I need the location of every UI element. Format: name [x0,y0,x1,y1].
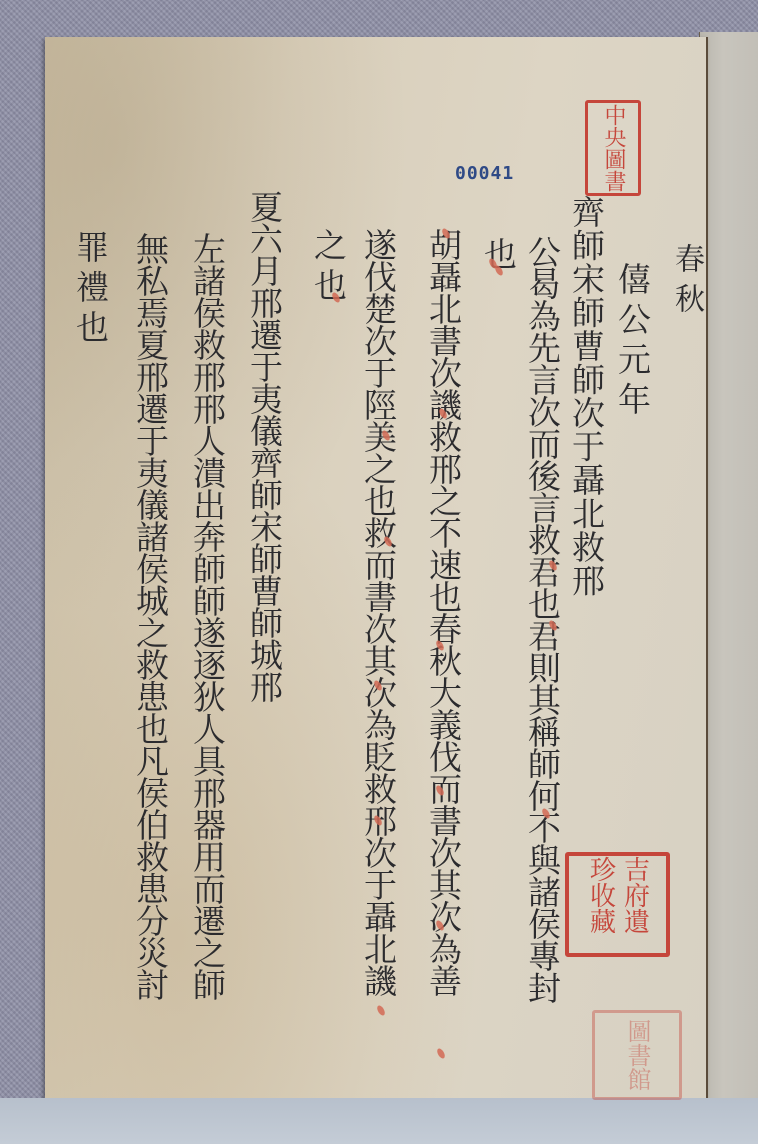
entry-text-1: 齊師宋師曹師次于聶北救邢 [566,195,606,597]
book-title: 春秋 [666,243,706,323]
catalog-number-stamp: 00041 [455,163,514,184]
commentary-text-3: 遂伐楚次于陘美之也救而書次其次為貶救邢次于聶北譏 [358,228,398,996]
commentary-text-3-end: 之也 [308,228,348,308]
entry-text-2: 夏六月邢遷于夷儀齊師宋師曹師城邢 [244,190,284,702]
faded-seal-icon: 圖書館 [592,1010,682,1100]
commentary-text-5: 無私焉夏邢遷于夷儀諸侯城之救患也凡侯伯救患分災討 [130,232,170,1000]
commentary-text-4: 左諸侯救邢邢人潰出奔師師遂逐狄人具邢器用而遷之師 [187,232,227,1000]
adjacent-page-edge [700,32,758,1107]
commentary-text-2: 胡聶北書次譏救邢之不速也春秋大義伐而書次其次為善 [423,228,463,996]
collector-seal-icon: 吉府遺珍收藏 [565,852,670,957]
commentary-text-1: 公曷為先言次而後言救君也君則其稱師何不與諸侯專封 [522,235,562,1003]
library-seal-icon: 中央圖書 [585,100,641,196]
page-spine [706,37,708,1100]
commentary-text-5-end: 罪禮也 [70,230,110,350]
table-surface [0,1098,758,1144]
year-heading: 僖公元年 [612,262,652,422]
